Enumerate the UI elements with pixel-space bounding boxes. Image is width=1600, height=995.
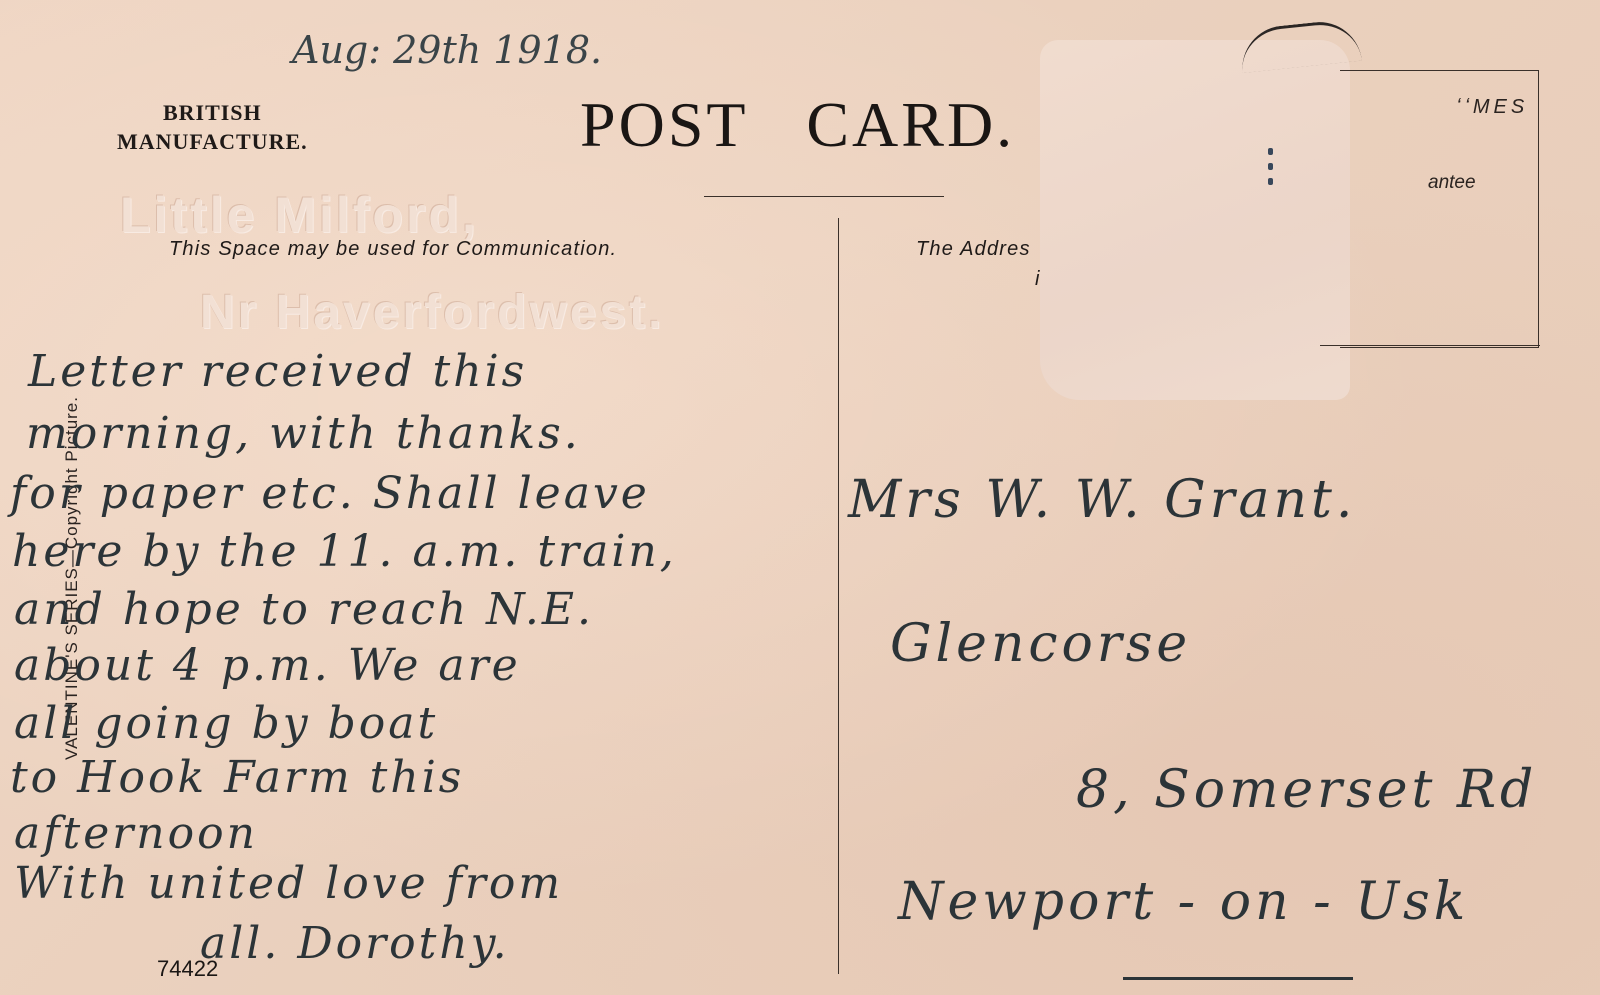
embossed-place-2: Nr Haverfordwest. [200,285,664,340]
address-label-cont: i [1035,268,1039,291]
brand-label: BRITISH MANUFACTURE. [117,98,308,156]
card-title: POST CARD. [580,88,1015,162]
communication-label: This Space may be used for Communication… [169,238,617,261]
handwritten-date: Aug: 29th 1918. [292,28,602,72]
message-line: for paper etc. Shall leave [10,468,650,519]
message-line: here by the 11. a.m. train, [12,526,677,577]
postcard: ʻʻMES antee Aug: 29th 1918. BRITISH MANU… [0,0,1600,995]
address-line-name: Mrs W. W. Grant. [848,470,1356,530]
brand-line-2: MANUFACTURE. [117,127,308,156]
message-line: morning, with thanks. [26,408,581,459]
message-line: Letter received this [28,346,527,397]
serial-number: 74422 [157,956,218,982]
stamp-box-text-top: ʻʻMES [1456,96,1528,119]
address-line-town: Newport - on - Usk [898,872,1469,932]
message-line: about 4 p.m. We are [14,640,521,691]
title-rule [704,196,944,197]
address-label: The Addres [916,238,1031,261]
signature: all. Dorothy. [200,918,510,969]
address-line-street: 8, Somerset Rd [1076,760,1537,820]
message-line: all going by boat [14,698,438,749]
message-line: afternoon [14,808,258,859]
stamp-box-text-mid: antee [1428,172,1476,194]
address-line-house: Glencorse [890,614,1191,674]
address-underline [1123,977,1353,980]
center-divider [838,218,839,974]
embossed-place-1: Little Milford, [120,186,479,244]
brand-line-1: BRITISH [117,98,308,127]
stamp-box-edge [1320,345,1540,346]
worn-stamp-area [1040,40,1350,400]
message-line: to Hook Farm this [10,752,464,803]
message-line: With united love from [14,858,563,909]
ink-specks [1268,140,1276,200]
message-line: and hope to reach N.E. [14,584,594,635]
